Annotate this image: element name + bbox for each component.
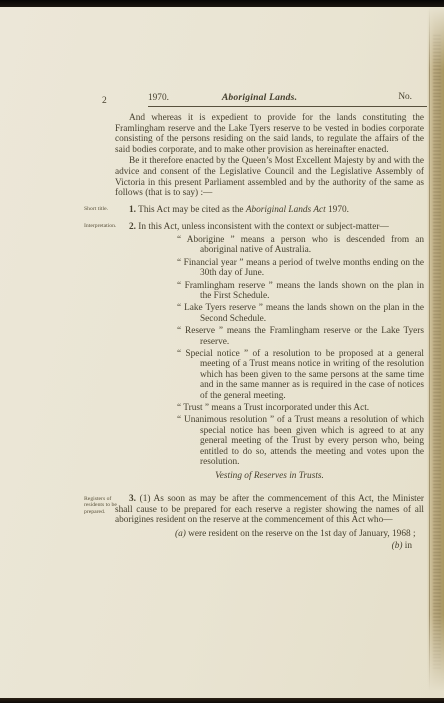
preamble-enacting: Be it therefore enacted by the Queen’s M… [115,156,424,198]
section-1-number: 1. [129,205,136,215]
scanned-page: 2 1970. Aboriginal Lands. No. And wherea… [0,0,444,703]
definition-lake-tyers-reserve: “ Lake Tyers reserve ” means the lands s… [115,303,424,324]
scan-bottom-border [0,698,444,703]
definitions-list: “ Aborigine ” means a person who is desc… [115,235,424,468]
margin-note-short-title: Short title. [84,206,117,212]
scan-top-border [0,0,444,7]
section-1: Short title. 1. This Act may be cited as… [115,205,424,216]
section-2: Interpretation. 2. In this Act, unless i… [115,222,424,233]
definition-aborigine: “ Aborigine ” means a person who is desc… [115,235,424,256]
definition-unanimous-resolution: “ Unanimous resolution ” of a Trust mean… [115,415,424,467]
page-content: 1970. Aboriginal Lands. No. And whereas … [115,93,424,552]
preamble-whereas: And whereas it is expedient to provide f… [115,113,424,155]
clause-a: (a) were resident on the reserve on the … [115,529,424,540]
subheading-vesting: Vesting of Reserves in Trusts. [115,471,424,482]
section-3-text: (1) As soon as may be after the commence… [115,494,424,525]
definition-special-notice: “ Special notice ” of a resolution to be… [115,349,424,401]
definition-framlingham-reserve: “ Framlingham reserve ” means the lands … [115,281,424,302]
header-number-label: No. [398,92,412,103]
definition-reserve: “ Reserve ” means the Framlingham reserv… [115,326,424,347]
page-number: 2 [102,96,107,106]
margin-note-interpretation: Interpretation. [84,223,117,229]
document-page: 2 1970. Aboriginal Lands. No. And wherea… [0,7,444,698]
section-2-text: In this Act, unless inconsistent with th… [136,222,389,232]
catchword-label: (b) [392,541,403,551]
section-1-text-end: 1970. [326,205,349,215]
running-header: 1970. Aboriginal Lands. No. [115,93,424,110]
clause-a-label: (a) [175,529,186,539]
catchword-text: in [402,541,412,551]
book-fore-edge [427,7,444,698]
section-2-number: 2. [129,222,136,232]
clause-a-text: were resident on the reserve on the 1st … [186,529,416,539]
section-3-number: 3. [129,494,136,504]
header-rule [148,106,427,107]
section-3: Registers of residents to be prepared. 3… [115,494,424,526]
catchword: (b) in [115,541,424,552]
section-1-citation: Aboriginal Lands Act [246,205,326,215]
definition-trust: “ Trust ” means a Trust incorporated und… [115,403,424,413]
section-1-text: This Act may be cited as the [136,205,246,215]
definition-financial-year: “ Financial year ” means a period of twe… [115,258,424,279]
header-title: Aboriginal Lands. [115,93,404,104]
margin-note-registers: Registers of residents to be prepared. [84,496,117,515]
